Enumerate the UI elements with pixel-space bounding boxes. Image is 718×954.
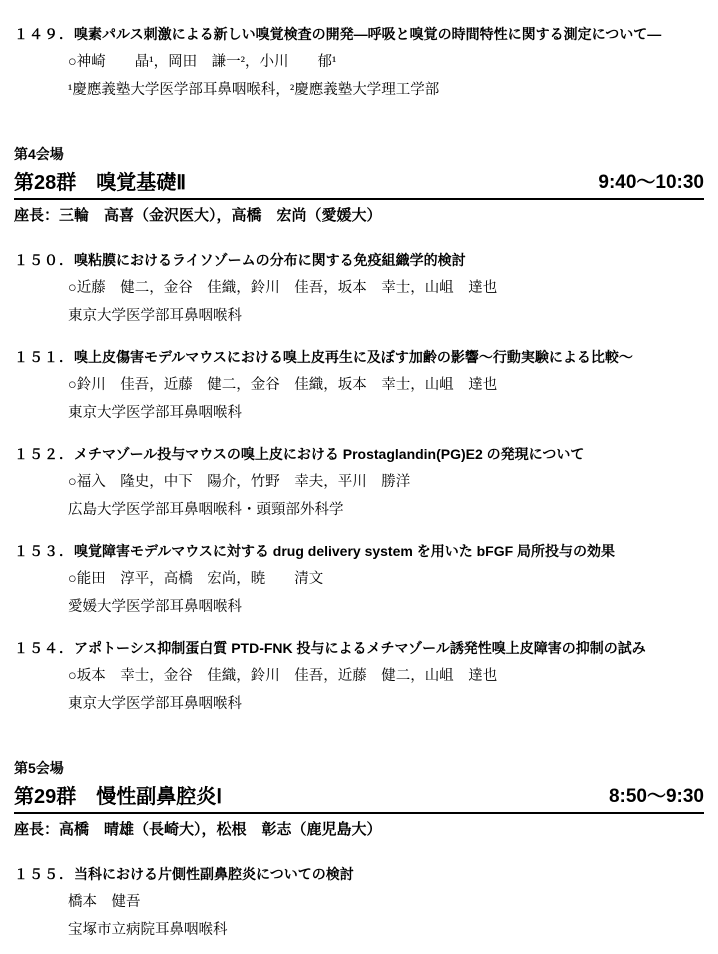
presentation-item: １５３． 嗅覚障害モデルマウスに対する drug delivery system… — [14, 537, 704, 621]
presentation-item: １５５． 当科における片側性副鼻腔炎についての検討 橋本 健吾 宝塚市立病院耳鼻… — [14, 860, 704, 944]
session-header: 第28群 嗅覚基礎Ⅱ 9:40～10:30 — [14, 170, 704, 200]
venue-label: 第5会場 — [14, 754, 704, 782]
item-authors: ○福入 隆史，中下 陽介，竹野 幸夫，平川 勝洋 — [14, 468, 704, 496]
item-affiliation: 宝塚市立病院耳鼻咽喉科 — [14, 916, 704, 944]
presentation-item: １５１． 嗅上皮傷害モデルマウスにおける嗅上皮再生に及ぼす加齢の影響～行動実験に… — [14, 343, 704, 427]
item-number: １５１． — [14, 343, 74, 371]
presentation-item: １４９． 嗅素パルス刺激による新しい嗅覚検査の開発―呼吸と嗅覚の時間特性に関する… — [14, 20, 704, 104]
item-affiliation: 愛媛大学医学部耳鼻咽喉科 — [14, 593, 704, 621]
item-authors: ○近藤 健二，金谷 佳織，鈴川 佳吾，坂本 幸士，山岨 達也 — [14, 274, 704, 302]
item-authors: ○能田 淳平，高橋 宏尚，暁 清文 — [14, 565, 704, 593]
item-number: １５４． — [14, 634, 74, 662]
session-header: 第29群 慢性副鼻腔炎Ⅰ 8:50～9:30 — [14, 784, 704, 814]
session-items: １５５． 当科における片側性副鼻腔炎についての検討 橋本 健吾 宝塚市立病院耳鼻… — [14, 860, 704, 944]
item-title: 嗅粘膜におけるライソゾームの分布に関する免疫組織学的検討 — [74, 246, 466, 274]
item-title: 嗅覚障害モデルマウスに対する drug delivery system を用いた… — [74, 537, 615, 565]
item-title: メチマゾール投与マウスの嗅上皮における Prostaglandin(PG)E2 … — [74, 440, 584, 468]
venue-label: 第4会場 — [14, 140, 704, 168]
item-number: １５３． — [14, 537, 74, 565]
presentation-item: １５４． アポトーシス抑制蛋白質 PTD-FNK 投与によるメチマゾール誘発性嗅… — [14, 634, 704, 718]
item-title: 当科における片側性副鼻腔炎についての検討 — [74, 860, 354, 888]
chairs-line: 座長：高橋 晴雄（長崎大），松根 彰志（鹿児島大） — [14, 816, 704, 844]
chairs-line: 座長：三輪 高喜（金沢医大），高橋 宏尚（愛媛大） — [14, 202, 704, 230]
item-affiliation: 東京大学医学部耳鼻咽喉科 — [14, 690, 704, 718]
item-number: １４９． — [14, 20, 74, 48]
item-authors: ○坂本 幸士，金谷 佳織，鈴川 佳吾，近藤 健二，山岨 達也 — [14, 662, 704, 690]
item-title: アポトーシス抑制蛋白質 PTD-FNK 投与によるメチマゾール誘発性嗅上皮障害の… — [74, 634, 646, 662]
item-affiliation: 東京大学医学部耳鼻咽喉科 — [14, 302, 704, 330]
item-authors: ○鈴川 佳吾，近藤 健二，金谷 佳織，坂本 幸士，山岨 達也 — [14, 371, 704, 399]
item-title: 嗅上皮傷害モデルマウスにおける嗅上皮再生に及ぼす加齢の影響～行動実験による比較～ — [74, 343, 633, 371]
item-affiliation: 広島大学医学部耳鼻咽喉科・頭頸部外科学 — [14, 496, 704, 524]
item-number: １５５． — [14, 860, 74, 888]
presentation-item: １５２． メチマゾール投与マウスの嗅上皮における Prostaglandin(P… — [14, 440, 704, 524]
program-page: １４９． 嗅素パルス刺激による新しい嗅覚検査の開発―呼吸と嗅覚の時間特性に関する… — [0, 0, 718, 954]
session-items: １５０． 嗅粘膜におけるライソゾームの分布に関する免疫組織学的検討 ○近藤 健二… — [14, 246, 704, 718]
item-affiliation: ¹慶應義塾大学医学部耳鼻咽喉科，²慶應義塾大学理工学部 — [14, 76, 704, 104]
group-heading: 第28群 嗅覚基礎Ⅱ — [14, 170, 186, 196]
item-authors: 橋本 健吾 — [14, 888, 704, 916]
item-authors: ○神崎 晶¹，岡田 謙一²，小川 郁¹ — [14, 48, 704, 76]
group-heading: 第29群 慢性副鼻腔炎Ⅰ — [14, 784, 222, 810]
presentation-item: １５０． 嗅粘膜におけるライソゾームの分布に関する免疫組織学的検討 ○近藤 健二… — [14, 246, 704, 330]
session-block: 第4会場 第28群 嗅覚基礎Ⅱ 9:40～10:30 座長：三輪 高喜（金沢医大… — [14, 140, 704, 718]
item-number: １５０． — [14, 246, 74, 274]
session-time: 8:50～9:30 — [609, 784, 704, 810]
session-block: 第5会場 第29群 慢性副鼻腔炎Ⅰ 8:50～9:30 座長：高橋 晴雄（長崎大… — [14, 754, 704, 944]
item-title: 嗅素パルス刺激による新しい嗅覚検査の開発―呼吸と嗅覚の時間特性に関する測定につい… — [74, 20, 661, 48]
session-time: 9:40～10:30 — [598, 170, 704, 196]
item-number: １５２． — [14, 440, 74, 468]
item-affiliation: 東京大学医学部耳鼻咽喉科 — [14, 399, 704, 427]
